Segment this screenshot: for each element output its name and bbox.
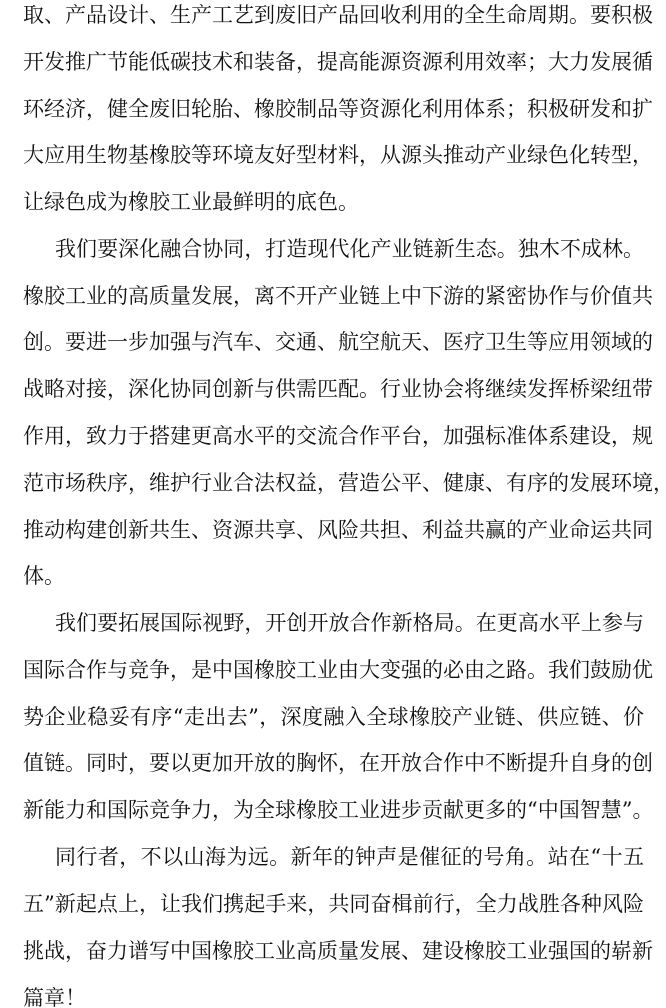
- text-line: 五”新起点上，让我们携起手来，共同奋楫前行，全力战胜各种风险: [23, 889, 644, 919]
- text-line: 取、产品设计、生产工艺到废旧产品回收利用的全生命周期。要积极: [23, 0, 644, 30]
- text-line: 体。: [23, 561, 644, 591]
- text-line: 让绿色成为橡胶工业最鲜明的底色。: [23, 187, 644, 217]
- text-line: 环经济，健全废旧轮胎、橡胶制品等资源化利用体系；积极研发和扩: [23, 94, 644, 124]
- text-line: 同行者，不以山海为远。新年的钟声是催征的号角。站在“十五: [55, 842, 644, 872]
- text-line: 我们要深化融合协同，打造现代化产业链新生态。独木不成林。: [55, 234, 644, 264]
- text-line: 新能力和国际竞争力，为全球橡胶工业进步贡献更多的“中国智慧”。: [23, 795, 644, 825]
- text-line: 创。要进一步加强与汽车、交通、航空航天、医疗卫生等应用领域的: [23, 327, 644, 357]
- text-line: 值链。同时，要以更加开放的胸怀，在开放合作中不断提升自身的创: [23, 748, 644, 778]
- text-line: 推动构建创新共生、资源共享、风险共担、利益共赢的产业命运共同: [23, 515, 644, 545]
- text-line: 开发推广节能低碳技术和装备，提高能源资源利用效率；大力发展循: [23, 47, 644, 77]
- text-line: 国际合作与竞争，是中国橡胶工业由大变强的必由之路。我们鼓励优: [23, 655, 644, 685]
- text-line: 橡胶工业的高质量发展，离不开产业链上中下游的紧密协作与价值共: [23, 281, 644, 311]
- text-line: 篇章！: [23, 983, 644, 1008]
- text-line: 作用，致力于搭建更高水平的交流合作平台，加强标准体系建设，规: [23, 421, 644, 451]
- text-line: 我们要拓展国际视野，开创开放合作新格局。在更高水平上参与: [55, 608, 644, 638]
- text-line: 战略对接，深化协同创新与供需匹配。行业协会将继续发挥桥梁纽带: [23, 374, 644, 404]
- text-line: 大应用生物基橡胶等环境友好型材料，从源头推动产业绿色化转型，: [23, 140, 644, 170]
- text-line: 势企业稳妥有序“走出去”，深度融入全球橡胶产业链、供应链、价: [23, 702, 644, 732]
- text-line: 范市场秩序，维护行业合法权益，营造公平、健康、有序的发展环境，: [23, 468, 644, 498]
- text-line: 挑战，奋力谱写中国橡胶工业高质量发展、建设橡胶工业强国的崭新: [23, 936, 644, 966]
